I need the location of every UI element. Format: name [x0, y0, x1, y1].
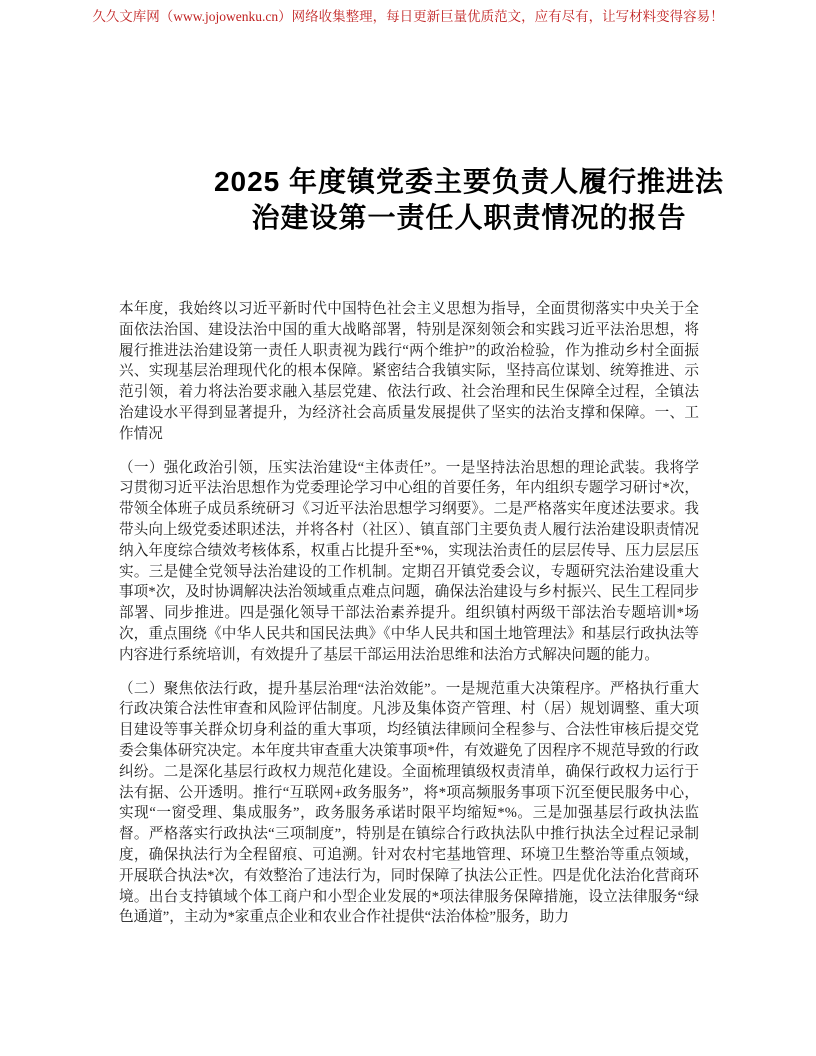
- document-body: 本年度，我始终以习近平新时代中国特色社会主义思想为指导，全面贯彻落实中央关于全面…: [119, 299, 699, 941]
- document-title-line1: 2025 年度镇党委主要负责人履行推进法: [122, 164, 816, 200]
- document-title: 2025 年度镇党委主要负责人履行推进法 治建设第一责任人职责情况的报告: [122, 164, 816, 236]
- body-paragraph-intro: 本年度，我始终以习近平新时代中国特色社会主义思想为指导，全面贯彻落实中央关于全面…: [119, 299, 699, 445]
- body-paragraph-section-1: （一）强化政治引领，压实法治建设“主体责任”。一是坚持法治思想的理论武装。我将学…: [119, 458, 699, 666]
- document-title-line2: 治建设第一责任人职责情况的报告: [122, 200, 816, 236]
- document-page: 久久文库网（www.jojowenku.cn）网络收集整理，每日更新巨量优质范文…: [0, 0, 816, 1056]
- site-watermark-header: 久久文库网（www.jojowenku.cn）网络收集整理，每日更新巨量优质范文…: [0, 8, 816, 25]
- body-paragraph-section-2: （二）聚焦依法行政，提升基层治理“法治效能”。一是规范重大决策程序。严格执行重大…: [119, 679, 699, 929]
